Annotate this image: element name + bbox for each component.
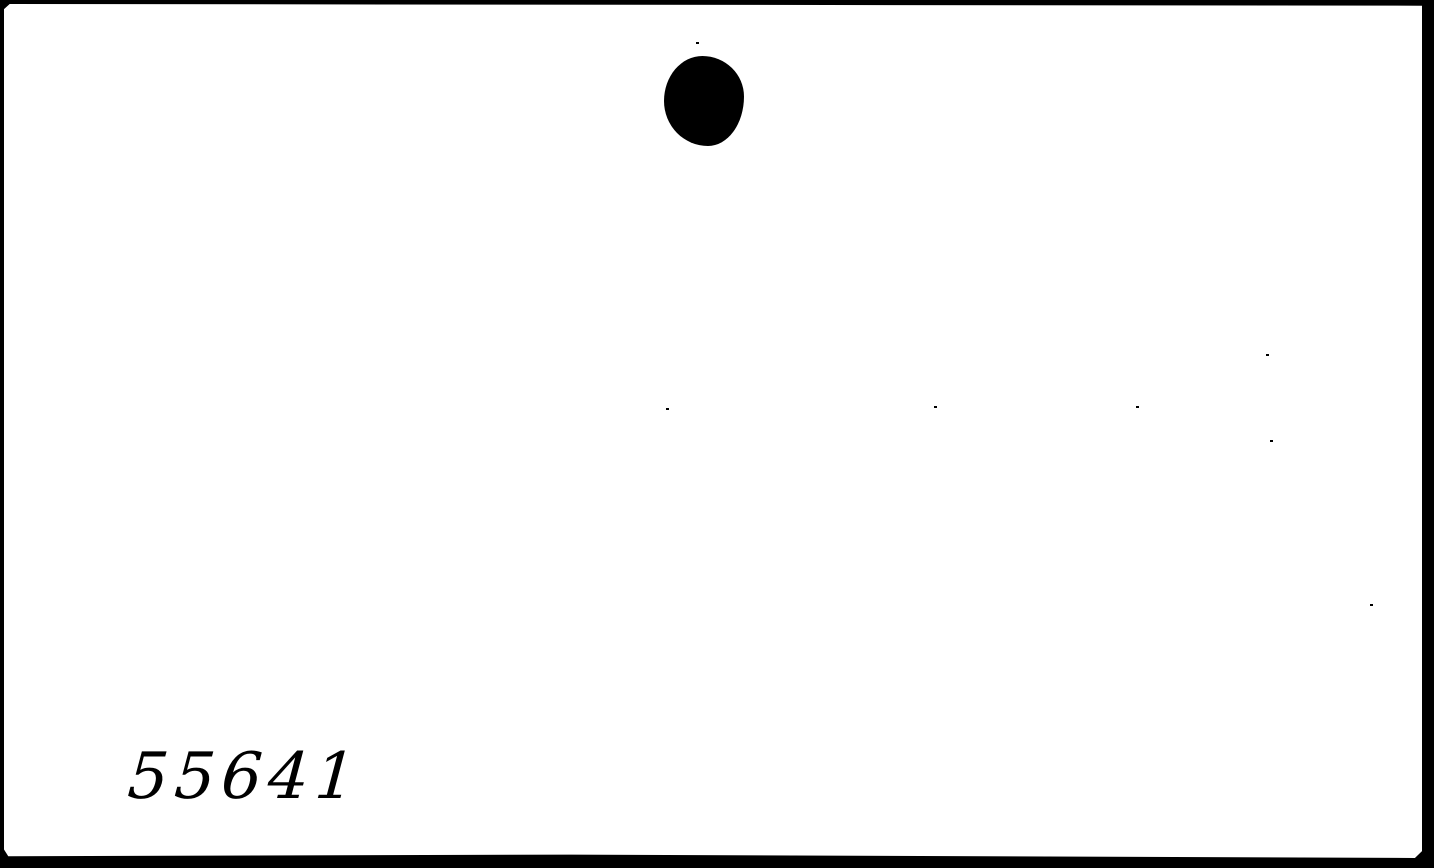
ink-speck: [1266, 354, 1269, 356]
ink-speck: [696, 42, 699, 44]
index-card: 55641: [4, 4, 1422, 858]
ink-speck: [666, 408, 669, 410]
punch-hole-icon: [664, 56, 744, 146]
ink-speck: [1270, 440, 1273, 442]
ink-speck: [934, 406, 937, 408]
ink-speck: [1370, 604, 1373, 606]
ink-speck: [1136, 406, 1139, 408]
handwritten-catalog-number: 55641: [125, 740, 364, 814]
